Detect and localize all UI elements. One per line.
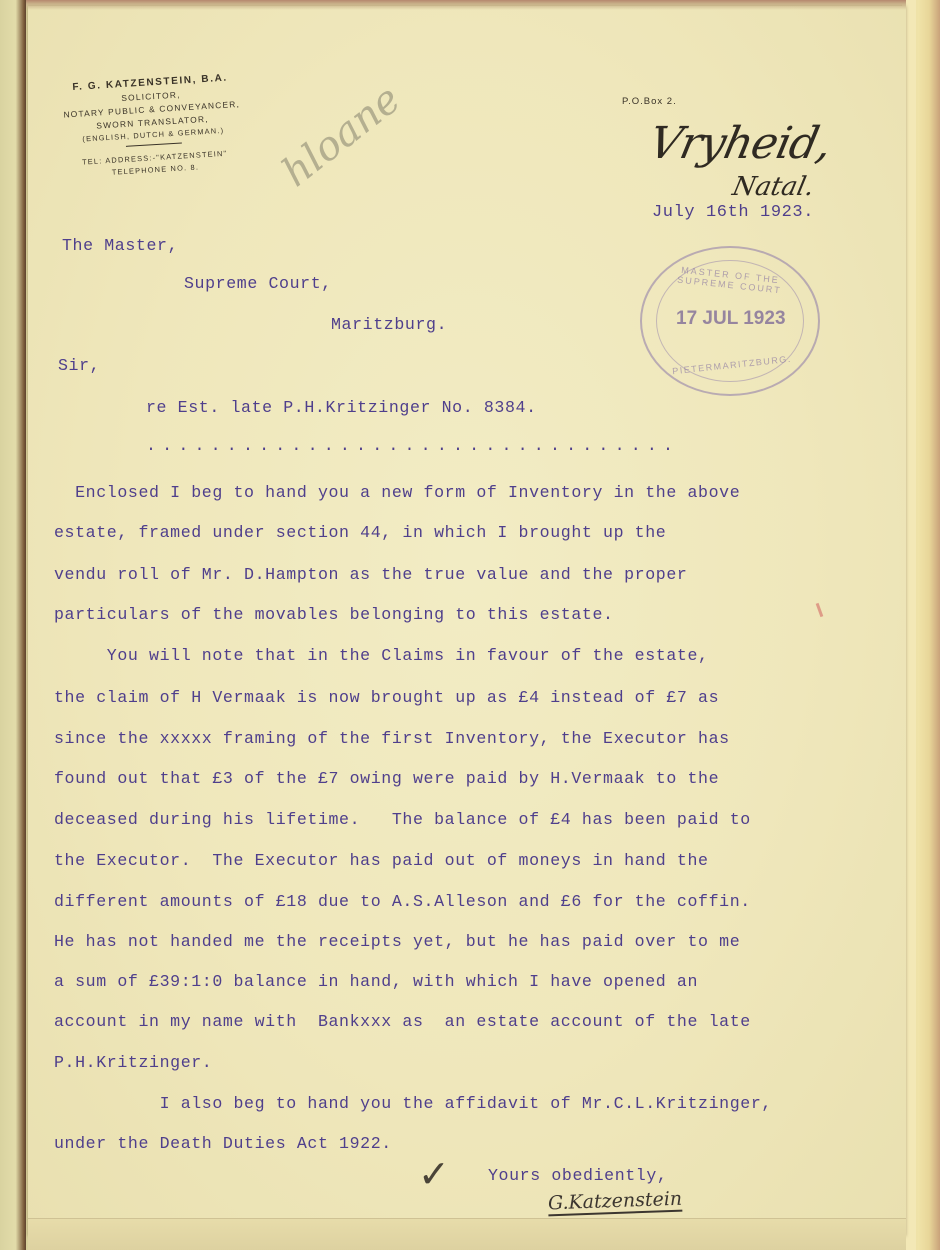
- body-p2-line-3: since the xxxxx framing of the first Inv…: [54, 729, 730, 748]
- body-p3-line-2: under the Death Duties Act 1922.: [54, 1134, 392, 1153]
- signature: G.Katzenstein: [548, 1188, 683, 1217]
- body-p2-line-11: P.H.Kritzinger.: [54, 1053, 212, 1072]
- body-p1-line-2: estate, framed under section 44, in whic…: [54, 523, 666, 542]
- body-p3-line-1: I also beg to hand you the affidavit of …: [54, 1094, 772, 1113]
- body-p2-line-4: found out that £3 of the £7 owing were p…: [54, 769, 719, 788]
- body-p1-line-3: vendu roll of Mr. D.Hampton as the true …: [54, 565, 687, 584]
- salutation: Sir,: [58, 356, 100, 375]
- received-stamp: MASTER OF THE SUPREME COURT 17 JUL 1923 …: [640, 246, 820, 396]
- body-p2-line-7: different amounts of £18 due to A.S.Alle…: [54, 892, 751, 911]
- body-p2-line-8: He has not handed me the receipts yet, b…: [54, 932, 740, 951]
- body-p1-line-1: Enclosed I beg to hand you a new form of…: [54, 483, 740, 502]
- body-p2-line-6: the Executor. The Executor has paid out …: [54, 851, 709, 870]
- next-page-edge: [28, 1218, 906, 1250]
- body-p1-line-4: particulars of the movables belonging to…: [54, 605, 614, 624]
- check-mark-icon: ✓: [418, 1152, 450, 1196]
- subject-dotted-rule: .................................: [146, 436, 679, 455]
- letter-date: July 16th 1923.: [652, 203, 814, 222]
- stamp-date: 17 JUL 1923: [676, 308, 786, 330]
- body-p2-line-5: deceased during his lifetime. The balanc…: [54, 810, 751, 829]
- body-p2-line-10: account in my name with Bankxxx as an es…: [54, 1012, 751, 1031]
- top-edge-shadow: [26, 0, 906, 10]
- subject-line: re Est. late P.H.Kritzinger No. 8384.: [146, 398, 537, 417]
- recipient-line-3: Maritzburg.: [331, 315, 447, 334]
- letterhead-divider: [126, 142, 182, 146]
- po-box: P.O.Box 2.: [622, 96, 677, 107]
- body-p2-line-1: You will note that in the Claims in favo…: [54, 646, 709, 665]
- body-p2-line-9: a sum of £39:1:0 balance in hand, with w…: [54, 972, 698, 991]
- sender-town: Vryheid,: [645, 118, 836, 169]
- letterhead: F. G. KATZENSTEIN, B.A. SOLICITOR, NOTAR…: [40, 71, 266, 184]
- recipient-line-2: Supreme Court,: [184, 274, 332, 293]
- closing: Yours obediently,: [488, 1166, 667, 1185]
- sender-province: Natal.: [730, 172, 817, 202]
- recipient-line-1: The Master,: [62, 236, 178, 255]
- binder-left-edge: [0, 0, 26, 1250]
- body-p2-line-2: the claim of H Vermaak is now brought up…: [54, 688, 719, 707]
